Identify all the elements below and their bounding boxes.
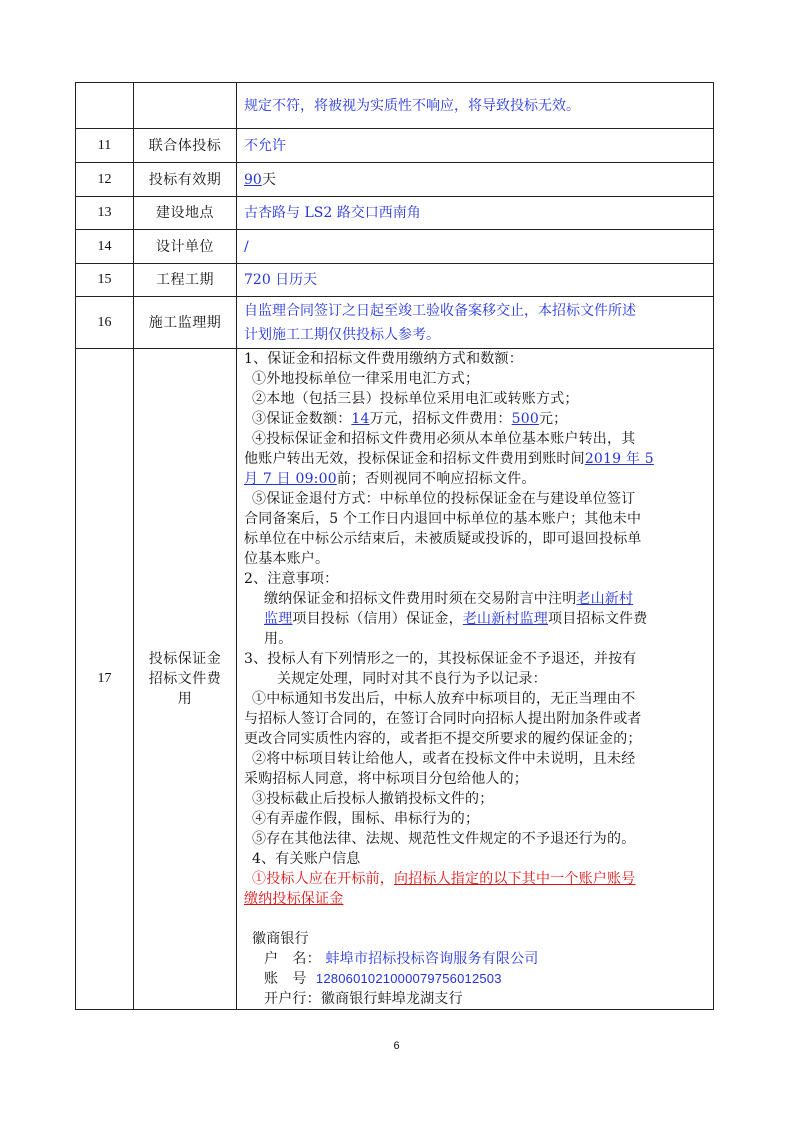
row-number [76,83,134,129]
spacer [244,909,707,929]
table-row: 规定不符，将被视为实质性不响应，将导致投标无效。 [76,83,714,129]
table-row: 13 建设地点 古杏路与 LS2 路交口西南角 [76,197,714,230]
row-value: 90天 [237,163,714,197]
account-name-line: 户 名： 蚌埠市招标投标咨询服务有限公司 [244,949,707,969]
section-1-item-cont: 位基本账户。 [244,549,707,569]
label-line: 投标保证金 [134,649,236,669]
section-3-item: ①中标通知书发出后，中标人放弃中标项目的，无正当理由不 [244,689,707,709]
section-1-item-cont: 他账户转出无效，投标保证金和招标文件费用到账时间2019 年 5 [244,449,707,469]
deposit-amount: 14 [351,411,369,427]
table-row: 12 投标有效期 90天 [76,163,714,197]
row-number: 15 [76,264,134,297]
table-row: 11 联合体投标 不允许 [76,129,714,163]
section-1-item-cont: 月 7 日 09:00前；否则视同不响应招标文件。 [244,469,707,489]
row-label [134,83,237,129]
text: ①投标人应在开标前， [252,871,394,887]
text: 万元，招标文件费用： [370,411,512,427]
row-label: 投标有效期 [134,163,237,197]
label-line: 用 [134,689,236,709]
row-label: 投标保证金 招标文件费 用 [134,349,237,1010]
account-name-label: 户 名： [264,951,321,967]
section-4-notice: ①投标人应在开标前，向招标人指定的以下其中一个账户账号 [244,869,707,889]
row-number: 11 [76,129,134,163]
section-1-item: ①外地投标单位一律采用电汇方式； [244,369,707,389]
section-1-item: ②本地（包括三县）投标单位采用电汇或转账方式； [244,389,707,409]
row-label: 建设地点 [134,197,237,230]
section-1-item: ⑤保证金退付方式：中标单位的投标保证金在与建设单位签订 [244,489,707,509]
section-1-item: ③保证金数额：14万元，招标文件费用：500元； [244,409,707,429]
table-row: 15 工程工期 720 日历天 [76,264,714,297]
text: 项目招标文件费 [548,611,647,627]
deposit-details: 1、保证金和招标文件费用缴纳方式和数额： ①外地投标单位一律采用电汇方式； ②本… [237,349,714,1010]
table-row: 16 施工监理期 自监理合同签订之日起至竣工验收备案移交止，本招标文件所述 计划… [76,297,714,349]
row-number: 16 [76,297,134,349]
project-name: 监理 [264,611,292,627]
bid-info-table: 规定不符，将被视为实质性不响应，将导致投标无效。 11 联合体投标 不允许 12… [75,82,714,1010]
section-3-item: ⑤存在其他法律、法规、规范性文件规定的不予退还行为的。 [244,829,707,849]
row-label: 设计单位 [134,230,237,264]
section-3-item: ④有弄虚作假，围标、串标行为的； [244,809,707,829]
project-name: 老山新村 [576,591,633,607]
text: 元； [539,411,567,427]
account-number: 1280601021000079756012503 [316,971,502,986]
branch-label: 开户行： [264,991,321,1007]
section-1-item: ④投标保证金和招标文件费用必须从本单位基本账户转出，其 [244,429,707,449]
section-3-title-cont: 关规定处理，同时对其不良行为予以记录： [244,669,707,689]
text: ③保证金数额： [252,411,351,427]
validity-days: 90 [244,172,262,188]
row-label: 工程工期 [134,264,237,297]
row-value: 720 日历天 [237,264,714,297]
section-2-text: 用。 [244,629,707,649]
project-name: 老山新村监理 [463,611,548,627]
bank-name: 徽商银行 [244,929,707,949]
row-label: 联合体投标 [134,129,237,163]
section-4-notice-cont: 缴纳投标保证金 [244,889,707,909]
row-number: 13 [76,197,134,230]
section-1-item-cont: 标单位在中标公示结束后，未被质疑或投诉的，即可退回投标单 [244,529,707,549]
row-value: / [237,230,714,264]
deadline-date: 2019 年 5 [585,451,654,467]
text: 他账户转出无效，投标保证金和招标文件费用到账时间 [244,451,585,467]
text: 向招标人指定的以下其中一个账户账号 [394,871,635,887]
section-3-item-cont: 采购招标人同意，将中标项目分包给他人的； [244,769,707,789]
row-label: 施工监理期 [134,297,237,349]
branch-line: 开户行：徽商银行蚌埠龙湖支行 [244,989,707,1009]
row-number: 14 [76,230,134,264]
validity-unit: 天 [262,172,276,188]
row-number: 12 [76,163,134,197]
row-number: 17 [76,349,134,1010]
text: 前；否则视同不响应招标文件。 [337,471,536,487]
deadline-time: 月 7 日 09:00 [244,471,337,487]
text: 项目投标（信用）保证金， [292,611,462,627]
section-4-title: 4、有关账户信息 [244,849,707,869]
section-3-title: 3、投标人有下列情形之一的，其投标保证金不予退还，并按有 [244,649,707,669]
section-3-item: ③投标截止后投标人撤销投标文件的； [244,789,707,809]
page-number: 6 [0,1040,793,1052]
section-2-text: 监理项目投标（信用）保证金，老山新村监理项目招标文件费 [244,609,707,629]
section-2-title: 2、注意事项： [244,569,707,589]
section-1-item-cont: 合同备案后，5 个工作日内退回中标单位的基本账户；其他未中 [244,509,707,529]
branch: 徽商银行蚌埠龙湖支行 [321,991,463,1007]
row-value: 自监理合同签订之日起至竣工验收备案移交止，本招标文件所述 计划施工工期仅供投标人… [237,297,714,349]
account-name: 蚌埠市招标投标咨询服务有限公司 [325,951,538,967]
supervision-period-line: 计划施工工期仅供投标人参考。 [244,323,707,347]
text: 缴纳保证金和招标文件费用时须在交易附言中注明 [264,591,576,607]
table-row-deposit: 17 投标保证金 招标文件费 用 1、保证金和招标文件费用缴纳方式和数额： ①外… [76,349,714,1010]
account-number-line: 账 号 1280601021000079756012503 [244,969,707,989]
section-2-text: 缴纳保证金和招标文件费用时须在交易附言中注明老山新村 [244,589,707,609]
label-line: 招标文件费 [134,669,236,689]
section-3-item-cont: 与招标人签订合同的，在签订合同时向招标人提出附加条件或者 [244,709,707,729]
supervision-period-line: 自监理合同签订之日起至竣工验收备案移交止，本招标文件所述 [244,299,707,323]
row-value: 不允许 [237,129,714,163]
row-value: 规定不符，将被视为实质性不响应，将导致投标无效。 [237,83,714,129]
section-1-title: 1、保证金和招标文件费用缴纳方式和数额： [244,349,707,369]
table-row: 14 设计单位 / [76,230,714,264]
section-3-item: ②将中标项目转让给他人，或者在投标文件中未说明，且未经 [244,749,707,769]
document-fee: 500 [512,411,539,427]
row-value: 古杏路与 LS2 路交口西南角 [237,197,714,230]
account-number-label: 账 号 [264,971,307,987]
section-3-item-cont: 更改合同实质性内容的，或者拒不提交所要求的履约保证金的； [244,729,707,749]
